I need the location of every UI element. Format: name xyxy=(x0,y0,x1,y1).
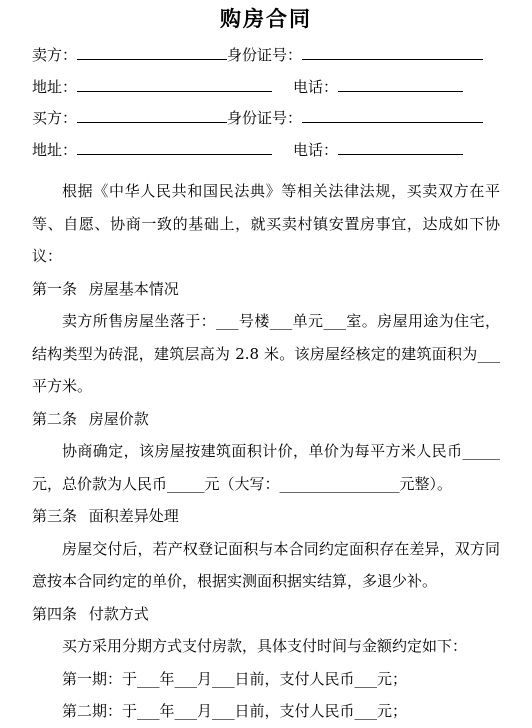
buyer-address-blank xyxy=(77,139,272,155)
contract-body: 根据《中华人民共和国民法典》等相关法律法规，买卖双方在平等、自愿、协商一致的基础… xyxy=(32,175,500,728)
buyer-address-label: 地址： xyxy=(32,141,77,159)
preamble-paragraph: 根据《中华人民共和国民法典》等相关法律法规，买卖双方在平等、自愿、协商一致的基础… xyxy=(32,175,500,273)
article-1-heading: 第一条 房屋基本情况 xyxy=(32,273,500,306)
article-3-heading: 第三条 面积差异处理 xyxy=(32,500,500,533)
seller-id-label: 身份证号： xyxy=(227,46,302,64)
seller-name-blank xyxy=(77,44,227,60)
buyer-phone-blank xyxy=(338,139,463,155)
article-2-heading: 第二条 房屋价款 xyxy=(32,403,500,436)
payment-term-1-line: 第一期：于___年___月___日前，支付人民币___元； xyxy=(32,663,500,696)
article-3-paragraph: 房屋交付后，若产权登记面积与本合同约定面积存在差异，双方同意按本合同约定的单价，… xyxy=(32,533,500,598)
seller-id-blank xyxy=(302,44,483,60)
article-4-paragraph: 买方采用分期方式支付房款，具体支付时间与金额约定如下： xyxy=(32,630,500,663)
contract-document: 购房合同 卖方：身份证号： 地址：电话： 买方：身份证号： 地址：电话： 根据《… xyxy=(0,0,532,728)
article-1-paragraph: 卖方所售房屋坐落于：___号楼___单元___室。房屋用途为住宅，结构类型为砖混… xyxy=(32,305,500,403)
seller-phone-blank xyxy=(338,76,463,92)
document-title: 购房合同 xyxy=(32,5,500,32)
seller-address-label: 地址： xyxy=(32,78,77,96)
buyer-id-label: 身份证号： xyxy=(227,109,302,127)
article-2-paragraph: 协商确定，该房屋按建筑面积计价，单价为每平方米人民币_____元，总价款为人民币… xyxy=(32,435,500,500)
buyer-phone-label: 电话： xyxy=(293,141,338,159)
seller-row: 卖方：身份证号： xyxy=(32,40,500,72)
payment-term-2-line: 第二期：于___年___月___日前，支付人民币___元； xyxy=(32,695,500,728)
seller-address-blank xyxy=(77,76,272,92)
seller-phone-label: 电话： xyxy=(293,78,338,96)
buyer-name-blank xyxy=(77,107,227,123)
buyer-label: 买方： xyxy=(32,109,77,127)
buyer-row: 买方：身份证号： xyxy=(32,103,500,135)
seller-address-row: 地址：电话： xyxy=(32,72,500,104)
seller-label: 卖方： xyxy=(32,46,77,64)
buyer-address-row: 地址：电话： xyxy=(32,135,500,167)
buyer-id-blank xyxy=(302,107,483,123)
article-4-heading: 第四条 付款方式 xyxy=(32,598,500,631)
